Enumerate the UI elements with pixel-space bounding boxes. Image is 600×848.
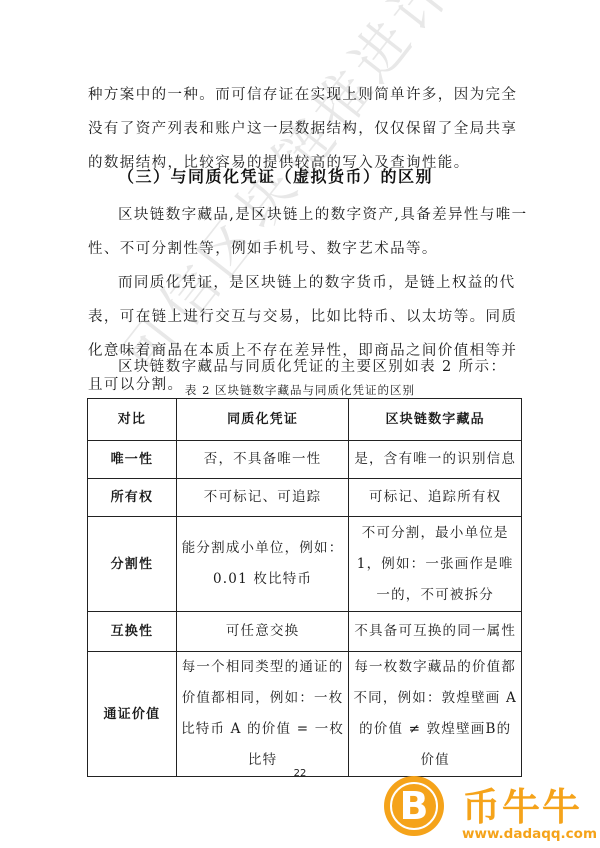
- table-header-row: 对比 同质化凭证 区块链数字藏品: [88, 399, 522, 441]
- table-caption: 表 2 区块链数字藏品与同质化凭证的区别: [0, 382, 600, 398]
- site-logo: B 币牛牛 www.dadaqq.com: [384, 766, 600, 848]
- coin-symbol: B: [384, 784, 444, 828]
- header-cell: 区块链数字藏品: [349, 399, 522, 441]
- row-label: 所有权: [88, 479, 177, 517]
- document-page: 可信区块链推进计划 种方案中的一种。而可信存证在实现上则简单许多，因为完全没有了…: [0, 0, 600, 848]
- bitcoin-icon: B: [384, 776, 444, 836]
- table-row: 通证价值 每一个相同类型的通证的价值都相同，例如：一枚比特币 A 的价值 = 一…: [88, 652, 522, 777]
- table-row: 分割性 能分割成小单位，例如：0.01 枚比特币 不可分割，最小单位是 1，例如…: [88, 517, 522, 612]
- table-cell: 否，不具备唯一性: [176, 441, 349, 479]
- table-cell: 能分割成小单位，例如：0.01 枚比特币: [176, 517, 349, 612]
- table-cell: 不可标记、可追踪: [176, 479, 349, 517]
- row-label: 通证价值: [88, 652, 177, 777]
- table-cell: 可标记、追踪所有权: [349, 479, 522, 517]
- table-cell: 可任意交换: [176, 612, 349, 652]
- header-cell: 对比: [88, 399, 177, 441]
- row-label: 唯一性: [88, 441, 177, 479]
- paragraph-table-intro: 区块链数字藏品与同质化凭证的主要区别如表 2 所示：: [88, 350, 528, 384]
- comparison-table: 对比 同质化凭证 区块链数字藏品 唯一性 否，不具备唯一性 是，含有唯一的识别信…: [87, 398, 522, 777]
- section-heading: （三）与同质化凭证（虚拟货币）的区别: [118, 164, 433, 187]
- table-cell: 每一枚数字藏品的价值都不同，例如：敦煌壁画 A 的价值 ≠ 敦煌壁画B的价值: [349, 652, 522, 777]
- row-label: 分割性: [88, 517, 177, 612]
- table-cell: 不具备可互换的同一属性: [349, 612, 522, 652]
- table-row: 互换性 可任意交换 不具备可互换的同一属性: [88, 612, 522, 652]
- paragraph-digital-collectibles: 区块链数字藏品,是区块链上的数字资产,具备差异性与唯一性、不可分割性等，例如手机…: [88, 198, 528, 266]
- header-cell: 同质化凭证: [176, 399, 349, 441]
- table-cell: 不可分割，最小单位是 1，例如：一张画作是唯一的，不可被拆分: [349, 517, 522, 612]
- table-cell: 是，含有唯一的识别信息: [349, 441, 522, 479]
- table-cell: 每一个相同类型的通证的价值都相同，例如：一枚比特币 A 的价值 = 一枚比特: [176, 652, 349, 777]
- logo-url: www.dadaqq.com: [462, 826, 597, 842]
- logo-brand-name: 币牛牛: [462, 776, 582, 831]
- table-row: 所有权 不可标记、可追踪 可标记、追踪所有权: [88, 479, 522, 517]
- table-row: 唯一性 否，不具备唯一性 是，含有唯一的识别信息: [88, 441, 522, 479]
- row-label: 互换性: [88, 612, 177, 652]
